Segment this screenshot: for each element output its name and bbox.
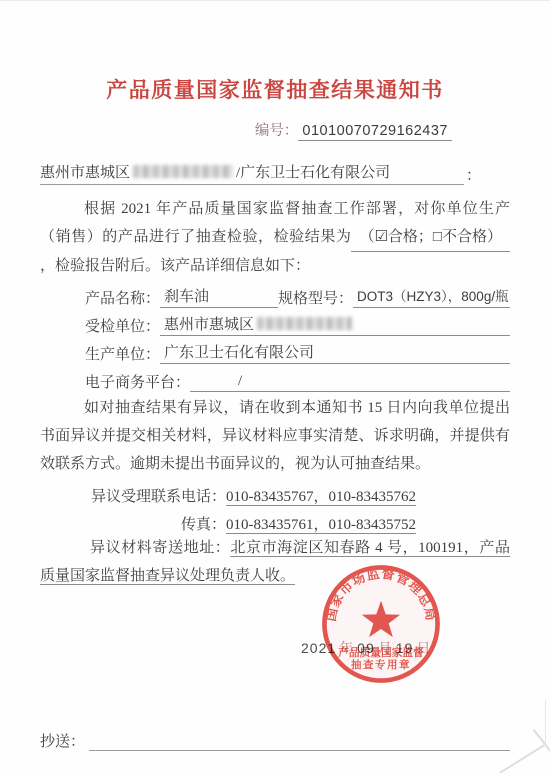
cc-label: 抄送： [40, 730, 85, 751]
official-stamp: 国家市场监督管理总局 产品质量国家监督 抽查专用章 [319, 562, 443, 686]
redacted-unit-name [257, 317, 352, 330]
phone-label: 异议受理联系电话： [90, 485, 226, 506]
inspected-unit-label: 受检单位： [85, 315, 160, 336]
phone-value: 010-83435767，010-83435762 [226, 485, 416, 506]
stamp-inner-line2: 抽查专用章 [351, 658, 411, 671]
ecommerce-label: 电子商务平台： [85, 371, 190, 392]
serial-number: 01010070729162437 [298, 123, 452, 141]
serial-label: 编号： [255, 123, 299, 139]
fax-value: 010-83435761，010-83435752 [226, 513, 416, 534]
contact-row-fax: 传真： 010-83435761，010-83435752 [90, 506, 510, 534]
inspected-unit-value: 惠州市惠城区 [160, 313, 510, 336]
contact-row-phone: 异议受理联系电话： 010-83435767，010-83435762 [90, 478, 510, 506]
mail-address-label: 异议材料寄送地址： [90, 540, 230, 556]
intro-paragraph: 根据 2021 年产品质量国家监督抽查工作部署，对你单位生产（销售）的产品进行了… [40, 195, 510, 280]
addressee-prefix: 惠州市惠城区 [40, 165, 130, 181]
intro-text-after: ，检验报告附后。该产品详细信息如下： [40, 258, 310, 274]
producer-value: 广东卫士石化有限公司 [160, 341, 510, 364]
inspection-result-options: （☑合格；□不合格） [351, 223, 510, 252]
field-row-producer: 生产单位： 广东卫士石化有限公司 [85, 336, 510, 364]
ecommerce-value: / [190, 373, 510, 392]
objection-paragraph: 如对抽查结果有异议，请在收到本通知书 15 日内向我单位提出书面异议并提交相关材… [40, 394, 510, 478]
redacted-addressee-name [133, 165, 233, 178]
fax-label: 传真： [90, 513, 226, 534]
stamp-inner-line1: 产品质量国家监督 [338, 646, 424, 659]
field-row-product: 产品名称： 刹车油 规格型号： DOT3（HZY3），800g/瓶 [85, 280, 510, 308]
cc-blank-line [89, 733, 510, 751]
field-row-inspected-unit: 受检单位： 惠州市惠城区 [85, 308, 510, 336]
field-row-ecommerce: 电子商务平台： / [85, 364, 510, 392]
document-page: 产品质量国家监督抽查结果通知书 编号：01010070729162437 惠州市… [0, 0, 550, 777]
inspected-unit-prefix: 惠州市惠城区 [164, 317, 254, 333]
product-name-label: 产品名称： [85, 287, 160, 308]
spec-model-label: 规格型号： [278, 287, 353, 308]
spec-model-value: DOT3（HZY3），800g/瓶 [353, 285, 510, 308]
producer-label: 生产单位： [85, 343, 160, 364]
product-name-value: 刹车油 [160, 285, 278, 308]
scan-edge-artifact [545, 700, 546, 746]
addressee-suffix: /广东卫士石化有限公司 [236, 165, 390, 181]
document-title: 产品质量国家监督抽查结果通知书 [40, 1, 510, 104]
addressee-line: 惠州市惠城区/广东卫士石化有限公司 [40, 161, 464, 185]
serial-row: 编号：01010070729162437 [40, 119, 510, 141]
addressee-row: 惠州市惠城区/广东卫士石化有限公司 ： [40, 161, 510, 185]
addressee-colon: ： [464, 164, 481, 185]
cc-row: 抄送： [40, 730, 510, 751]
